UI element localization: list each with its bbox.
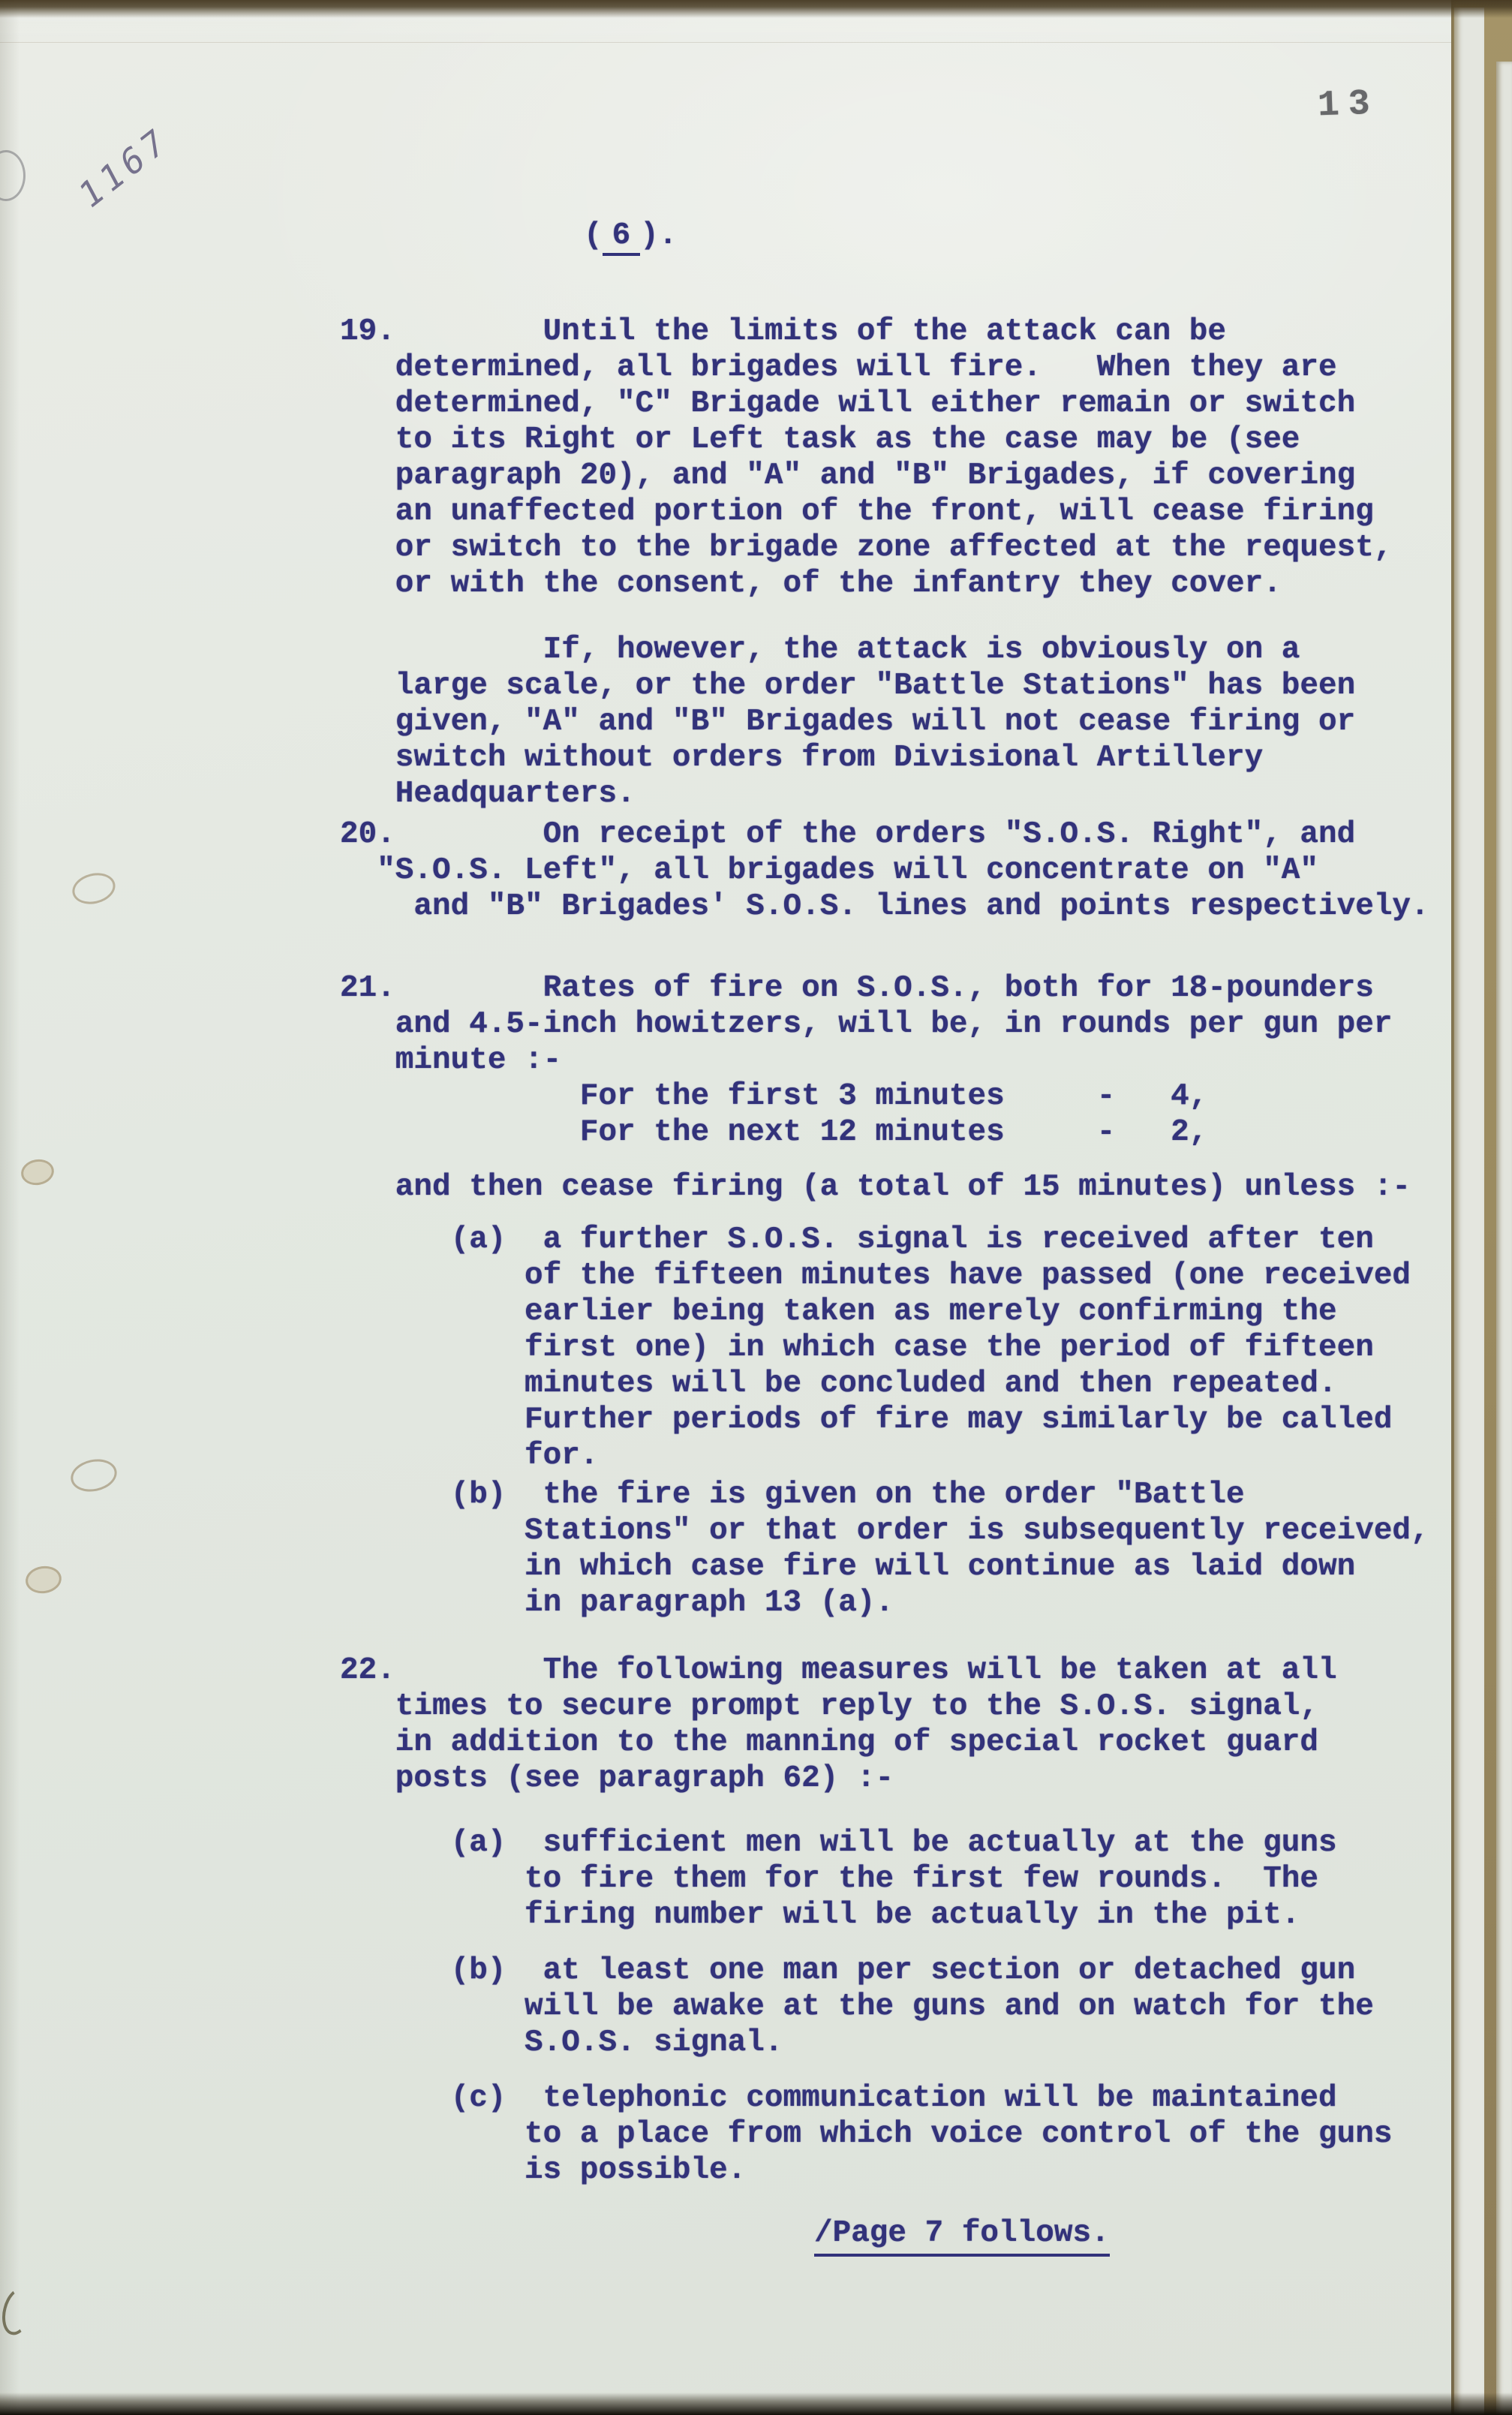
paragraph-19: 19. Until the limits of the attack can b… [340,314,1392,602]
scanned-document-page: 1167 13 (6). 19. Until the limits of the… [0,0,1512,2415]
heading-close: ). [640,218,677,253]
underlying-sheet-edge [1454,8,1484,2415]
page-stamp: 13 [1317,86,1379,125]
paragraph-22-item-c: (c) telephonic communication will be mai… [340,2080,1392,2188]
paragraph-19-continued: If, however, the attack is obviously on … [340,632,1355,812]
paragraph-21-item-b: (b) the fire is given on the order "Batt… [340,1477,1429,1621]
paragraph-22-item-a: (a) sufficient men will be actually at t… [340,1825,1337,1933]
scan-shadow [0,0,20,2415]
paragraph-21-item-a: (a) a further S.O.S. signal is received … [340,1222,1411,1474]
scan-top-edge [0,0,1512,18]
paragraph-21-cease: and then cease firing (a total of 15 min… [340,1169,1411,1205]
scan-bottom-edge [0,2392,1512,2415]
paragraph-20: 20. On receipt of the orders "S.O.S. Rig… [340,817,1429,925]
paragraph-21: 21. Rates of fire on S.O.S., both for 18… [340,970,1392,1150]
paragraph-22: 22. The following measures will be taken… [340,1653,1337,1797]
heading-page-number: 6 [603,218,641,256]
heading-open: ( [584,218,603,253]
paragraph-22-item-b: (b) at least one man per section or deta… [340,1953,1374,2061]
underlying-sheet-edge [1496,62,1512,2415]
page-heading: (6). [584,218,677,254]
page-footer: /Page 7 follows. [814,2215,1110,2257]
